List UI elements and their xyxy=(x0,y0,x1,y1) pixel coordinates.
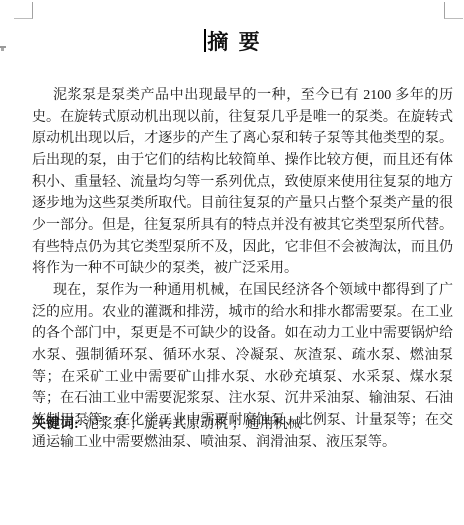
page-title-text: 摘 要 xyxy=(207,30,259,54)
keywords-label: 关键词: xyxy=(32,417,79,432)
keywords-values: 泥浆泵 ；旋转式原动机 ；通用机械 xyxy=(85,417,302,432)
document-page: 摘 要 泥浆泵是泵类产品中出现最早的一种，至今已有 2100 多年的历史。在旋转… xyxy=(0,0,464,525)
text-boundary-mark-top-right-icon xyxy=(444,2,463,19)
paragraph-1: 泥浆泵是泵类产品中出现最早的一种，至今已有 2100 多年的历史。在旋转式原动机… xyxy=(32,85,453,280)
text-boundary-mark-top-left-icon xyxy=(14,2,33,19)
page-title: 摘 要 xyxy=(0,29,464,55)
document-body[interactable]: 泥浆泵是泵类产品中出现最早的一种，至今已有 2100 多年的历史。在旋转式原动机… xyxy=(32,85,453,453)
keywords-line: 关键词:泥浆泵 ；旋转式原动机 ；通用机械 xyxy=(32,414,453,436)
